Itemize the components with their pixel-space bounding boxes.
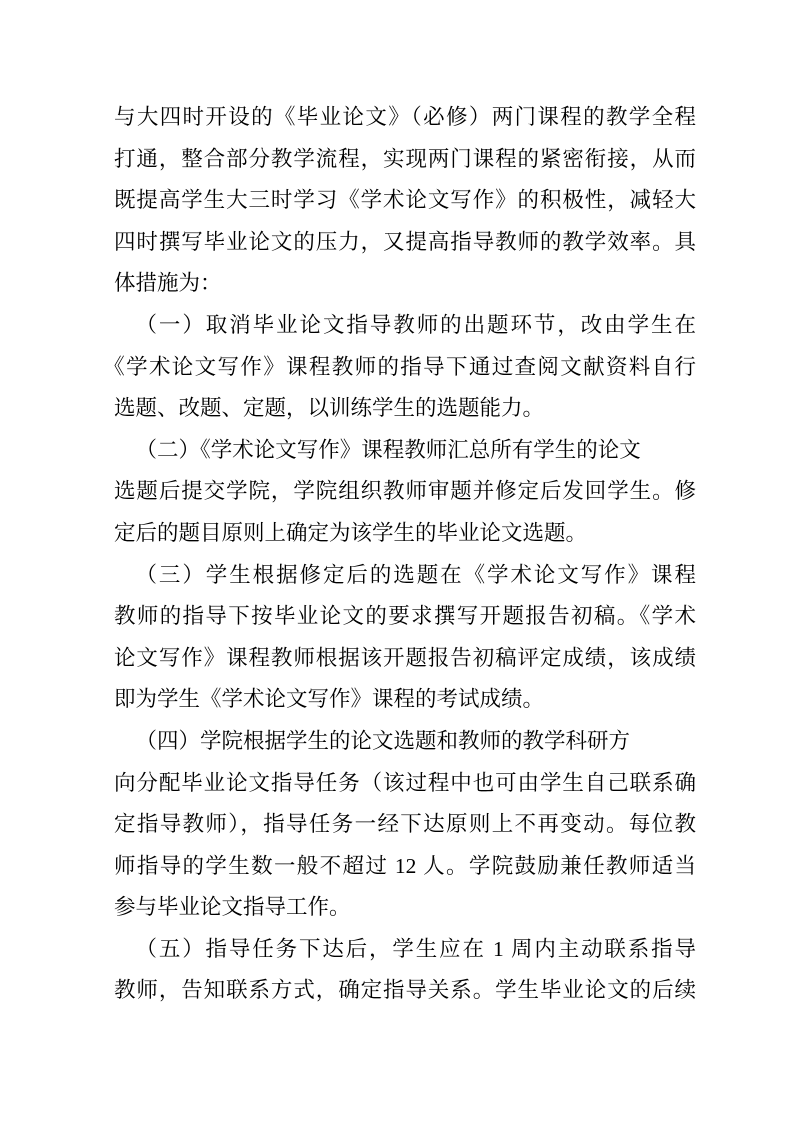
document-page: 与大四时开设的《毕业论文》（必修）两门课程的教学全程打通，整合部分教学流程，实现…: [0, 0, 793, 1122]
text-line: 选题后提交学院，学院组织教师审题并修定后发回学生。修: [114, 471, 696, 513]
text-line: 定后的题目原则上确定为该学生的毕业论文选题。: [114, 513, 696, 555]
text-line: （四）学院根据学生的论文选题和教师的教学科研方: [114, 721, 696, 763]
text-line: 《学术论文写作》课程教师的指导下通过查阅文献资料自行: [103, 347, 696, 389]
text-line: （二）《学术论文写作》课程教师汇总所有学生的论文: [114, 430, 696, 472]
text-line: （五）指导任务下达后，学生应在 1 周内主动联系指导: [114, 929, 696, 971]
text-line: （三）学生根据修定后的选题在《学术论文写作》课程: [114, 555, 696, 597]
text-line: 定指导教师），指导任务一经下达原则上不再变动。每位教: [114, 804, 696, 846]
paragraph: （四）学院根据学生的论文选题和教师的教学科研方向分配毕业论文指导任务（该过程中也…: [114, 721, 696, 929]
text-line: 即为学生《学术论文写作》课程的考试成绩。: [114, 679, 696, 721]
text-line: 向分配毕业论文指导任务（该过程中也可由学生自己联系确: [114, 763, 696, 805]
paragraph: 与大四时开设的《毕业论文》（必修）两门课程的教学全程打通，整合部分教学流程，实现…: [114, 97, 696, 305]
text-line: 体措施为：: [114, 263, 696, 305]
paragraph: （一）取消毕业论文指导教师的出题环节，改由学生在《学术论文写作》课程教师的指导下…: [114, 305, 696, 430]
document-text-block: 与大四时开设的《毕业论文》（必修）两门课程的教学全程打通，整合部分教学流程，实现…: [114, 97, 696, 1012]
paragraph: （三）学生根据修定后的选题在《学术论文写作》课程教师的指导下按毕业论文的要求撰写…: [114, 555, 696, 721]
text-line: 与大四时开设的《毕业论文》（必修）两门课程的教学全程: [114, 97, 696, 139]
text-line: 教师的指导下按毕业论文的要求撰写开题报告初稿。《学术: [114, 596, 696, 638]
paragraph: （二）《学术论文写作》课程教师汇总所有学生的论文选题后提交学院，学院组织教师审题…: [114, 430, 696, 555]
text-line: 选题、改题、定题，以训练学生的选题能力。: [114, 388, 696, 430]
text-line: 打通，整合部分教学流程，实现两门课程的紧密衔接，从而: [114, 139, 696, 181]
text-line: （一）取消毕业论文指导教师的出题环节，改由学生在: [114, 305, 696, 347]
text-line: 论文写作》课程教师根据该开题报告初稿评定成绩，该成绩: [114, 638, 696, 680]
text-line: 四时撰写毕业论文的压力，又提高指导教师的教学效率。具: [114, 222, 696, 264]
text-line: 参与毕业论文指导工作。: [114, 887, 696, 929]
text-line: 既提高学生大三时学习《学术论文写作》的积极性，减轻大: [114, 180, 696, 222]
text-line: 教师，告知联系方式，确定指导关系。学生毕业论文的后续: [114, 970, 696, 1012]
text-line: 师指导的学生数一般不超过 12 人。学院鼓励兼任教师适当: [114, 846, 696, 888]
paragraph: （五）指导任务下达后，学生应在 1 周内主动联系指导教师，告知联系方式，确定指导…: [114, 929, 696, 1012]
